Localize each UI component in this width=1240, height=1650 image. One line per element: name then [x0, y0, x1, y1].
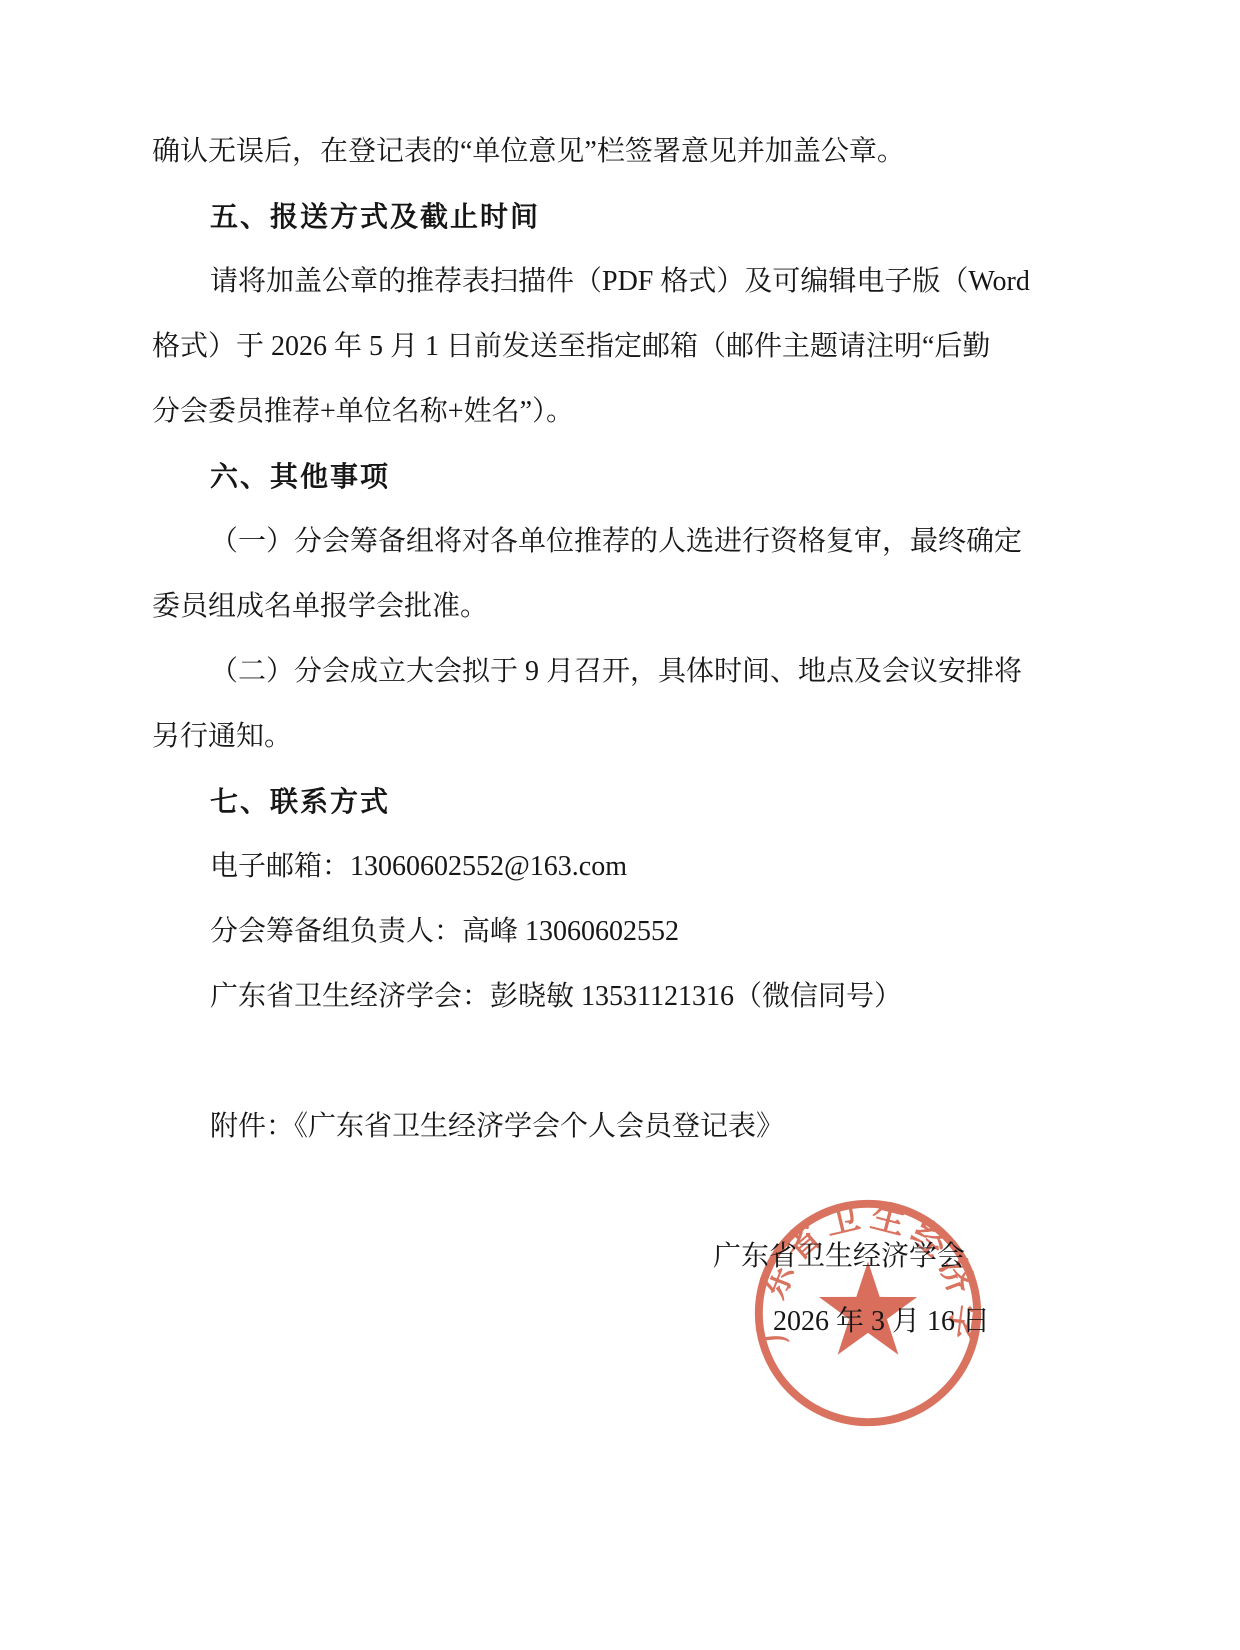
contact-society-line: 广东省卫生经济学会：彭晓敏 13531121316（微信同号） [152, 964, 1060, 1029]
body-line: 格式）于 2026 年 5 月 1 日前发送至指定邮箱（邮件主题请注明“后勤 [152, 314, 1060, 379]
signature-date: 2026 年 3 月 16 日 [152, 1289, 1060, 1354]
body-line: 委员组成名单报学会批准。 [152, 574, 1060, 639]
attachment-line: 附件：《广东省卫生经济学会个人会员登记表》 [152, 1094, 1060, 1159]
body-line: 请将加盖公章的推荐表扫描件（PDF 格式）及可编辑电子版（Word [152, 249, 1060, 314]
body-line: 另行通知。 [152, 704, 1060, 769]
document-page: 确认无误后，在登记表的“单位意见”栏签署意见并加盖公章。 五、报送方式及截止时间… [0, 0, 1240, 1650]
body-line: （一）分会筹备组将对各单位推荐的人选进行资格复审，最终确定 [152, 509, 1060, 574]
body-line: 分会委员推荐+单位名称+姓名”）。 [152, 379, 1060, 444]
body-line: 确认无误后，在登记表的“单位意见”栏签署意见并加盖公章。 [152, 119, 1060, 184]
contact-person-line: 分会筹备组负责人：高峰 13060602552 [152, 899, 1060, 964]
signature-org: 广东省卫生经济学会 [152, 1224, 1060, 1289]
contact-email-line: 电子邮箱：13060602552@163.com [152, 834, 1060, 899]
body-line: （二）分会成立大会拟于 9 月召开，具体时间、地点及会议安排将 [152, 639, 1060, 704]
document-body: 确认无误后，在登记表的“单位意见”栏签署意见并加盖公章。 五、报送方式及截止时间… [152, 119, 1060, 1354]
section-heading-5: 五、报送方式及截止时间 [152, 184, 1060, 249]
section-heading-7: 七、联系方式 [152, 769, 1060, 834]
section-heading-6: 六、其他事项 [152, 444, 1060, 509]
